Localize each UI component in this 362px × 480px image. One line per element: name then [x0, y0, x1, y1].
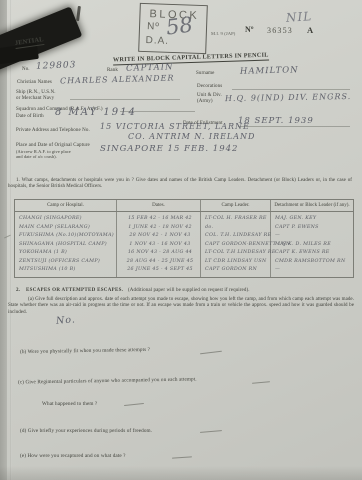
case-number: 36353	[267, 28, 293, 34]
block-leader-entry: CAPT P. EWENS	[275, 224, 352, 233]
block-leader-entry: MAJ. GEN. KEY	[275, 215, 352, 224]
camp-entry: FUKUSHIMA (No.10)(MOTOYAMA)	[19, 232, 115, 241]
leader-entry: do.	[205, 224, 269, 233]
question-2-number: 2.	[16, 288, 20, 294]
scan-mark	[76, 6, 81, 21]
block-leader-entry: CAPT K. EWENS RE	[275, 249, 352, 258]
capture-label-line3: and date of a/c crash).	[16, 154, 57, 160]
block-leader-entry: —	[275, 232, 352, 241]
ship-blank-line	[70, 99, 180, 100]
block-leader-entry: MAJ K. D. MILES RE	[275, 241, 352, 250]
question-2a-answer: No.	[56, 314, 77, 326]
leader-entry: CAPT GORDON RN	[205, 266, 269, 275]
camp-entry: MAIN CAMP (SELARANG)	[19, 224, 115, 233]
mi9-reference-label: M.I. 9 (JAP)	[211, 31, 235, 37]
block-leader-entry: —	[275, 266, 352, 275]
capture-value: SINGAPORE 15 FEB. 1942	[100, 144, 238, 154]
block-leader-entry: CMDR RAMSBOTTOM RN	[275, 258, 352, 267]
question-2b-text: (b) Were you physically fit when you mad…	[20, 347, 150, 355]
question-2-note: (Additional paper will be supplied on re…	[128, 288, 250, 294]
dates-entry: 1 NOV 43 - 16 NOV 43	[121, 241, 199, 250]
header-camp-leader: Camp Leader.	[201, 200, 271, 211]
camp-entry: MITSUSHIMA (10 B)	[19, 266, 115, 275]
rank-label: Rank	[107, 68, 118, 74]
camp-entry: YOKOHAMA (1 B)	[19, 249, 115, 258]
ship-label-line2: or Merchant Navy	[16, 96, 54, 102]
christian-names-value: CHARLES ALEXANDER	[60, 74, 175, 86]
dates-entry: 1 JUNE 42 - 18 NOV 42	[121, 224, 199, 233]
dates-entry: 28 NOV 42 - 1 NOV 43	[121, 232, 199, 241]
private-address-label: Private Address and Telephone No.	[16, 128, 90, 134]
question-2-title: ESCAPES OR ATTEMPTED ESCAPES.	[26, 288, 123, 294]
date-of-birth-value: 8 MAY 1914	[55, 107, 137, 118]
decorations-blank-line	[232, 89, 350, 90]
answer-dash-b	[200, 351, 222, 355]
dates-entry: 16 NOV 43 - 28 AUG 44	[121, 249, 199, 258]
block-number-handwritten: 58	[165, 12, 194, 39]
paper-fold-line	[10, 0, 12, 480]
date-of-birth-label: Date of Birth	[16, 114, 44, 120]
leader-entry: LT CDR LINDSAY USN	[205, 258, 269, 267]
leader-entry: COL. T.H. LINDESAY RE	[205, 232, 269, 241]
question-2e-text: (e) How were you recaptured and on what …	[20, 453, 126, 459]
answer-dash-c	[252, 381, 270, 384]
case-suffix: A	[307, 27, 313, 33]
rank-value: CAPTAIN	[126, 62, 174, 74]
enlistment-line	[238, 126, 350, 127]
unit-value: H.Q. 9(IND) DIV. ENGRS.	[225, 92, 351, 103]
camp-entry: CHANGI (SINGAPORE)	[19, 215, 115, 224]
address-value-line2: CO. ANTRIM N. IRELAND	[128, 132, 255, 141]
answer-dash-d	[200, 430, 222, 433]
leader-entry: LT-COL T.H LINDESAY RE	[205, 249, 269, 258]
stamp-da-label: D.A.	[145, 35, 169, 47]
service-no-value: 129803	[36, 60, 77, 71]
question-2c-text: (c) Give Regimental particulars of anyon…	[18, 376, 197, 385]
header-dates: Dates.	[117, 200, 201, 211]
question-2d-text: (d) Give briefly your experiences during…	[20, 428, 152, 434]
question-2a-text: (a) Give full description and approx. da…	[8, 297, 354, 316]
service-no-label: No.	[22, 67, 30, 73]
column-camp-leader: LT-COL H. FRASER RE do. COL. T.H. LINDES…	[201, 212, 271, 277]
bottom-shadow	[0, 466, 362, 480]
answer-dash-e	[172, 456, 192, 459]
camps-table-body: CHANGI (SINGAPORE) MAIN CAMP (SELARANG) …	[15, 212, 353, 277]
answer-dash-c2	[124, 403, 144, 406]
leader-entry: LT-COL H. FRASER RE	[205, 215, 269, 224]
pencil-nil-note: NIL	[286, 9, 313, 25]
stamp-no-label: Nº	[147, 21, 160, 32]
camp-entry: ZENTSUJI (OFFICERS CAMP)	[19, 258, 115, 267]
dates-entry: 26 JUNE 45 - 4 SEPT 45	[121, 266, 199, 275]
scan-left-edge	[0, 0, 7, 480]
surname-label: Surname	[196, 71, 214, 77]
decorations-label: Decorations	[197, 84, 222, 90]
header-block-leader: Detachment or Block Leader (if any).	[271, 200, 353, 211]
leader-entry: CAPT GORDON-BENNETT USN	[205, 241, 269, 250]
camp-entry: SHINAGAWA (HOSPITAL CAMP)	[19, 241, 115, 250]
question-1-text: 1. What camps, detachments or hospitals …	[8, 178, 352, 191]
address-value-line1: 15 VICTORIA STREET, LARNE	[100, 122, 250, 131]
question-2c2-text: What happened to them ?	[42, 401, 97, 407]
column-dates: 15 FEB 42 - 16 MAR 42 1 JUNE 42 - 18 NOV…	[117, 212, 201, 277]
dates-entry: 15 FEB 42 - 16 MAR 42	[121, 215, 199, 224]
column-block-leader: MAJ. GEN. KEY CAPT P. EWENS — MAJ K. D. …	[271, 212, 353, 277]
camps-table: Camp or Hospital. Dates. Camp Leader. De…	[14, 199, 354, 278]
unit-label-line2: (Army)	[197, 99, 213, 105]
surname-value: HAMILTON	[240, 65, 299, 77]
camps-table-header: Camp or Hospital. Dates. Camp Leader. De…	[15, 200, 353, 212]
dates-entry: 28 AUG 44 - 25 JUNE 45	[121, 258, 199, 267]
case-no-label: Nº	[245, 27, 254, 33]
christian-names-label: Christian Names	[17, 80, 52, 86]
column-camp: CHANGI (SINGAPORE) MAIN CAMP (SELARANG) …	[15, 212, 117, 277]
scanned-pow-form: JENTIAL BLOCK Nº D.A. 58 M.I. 9 (JAP) Nº…	[0, 0, 362, 480]
header-camp-or-hospital: Camp or Hospital.	[15, 200, 117, 211]
